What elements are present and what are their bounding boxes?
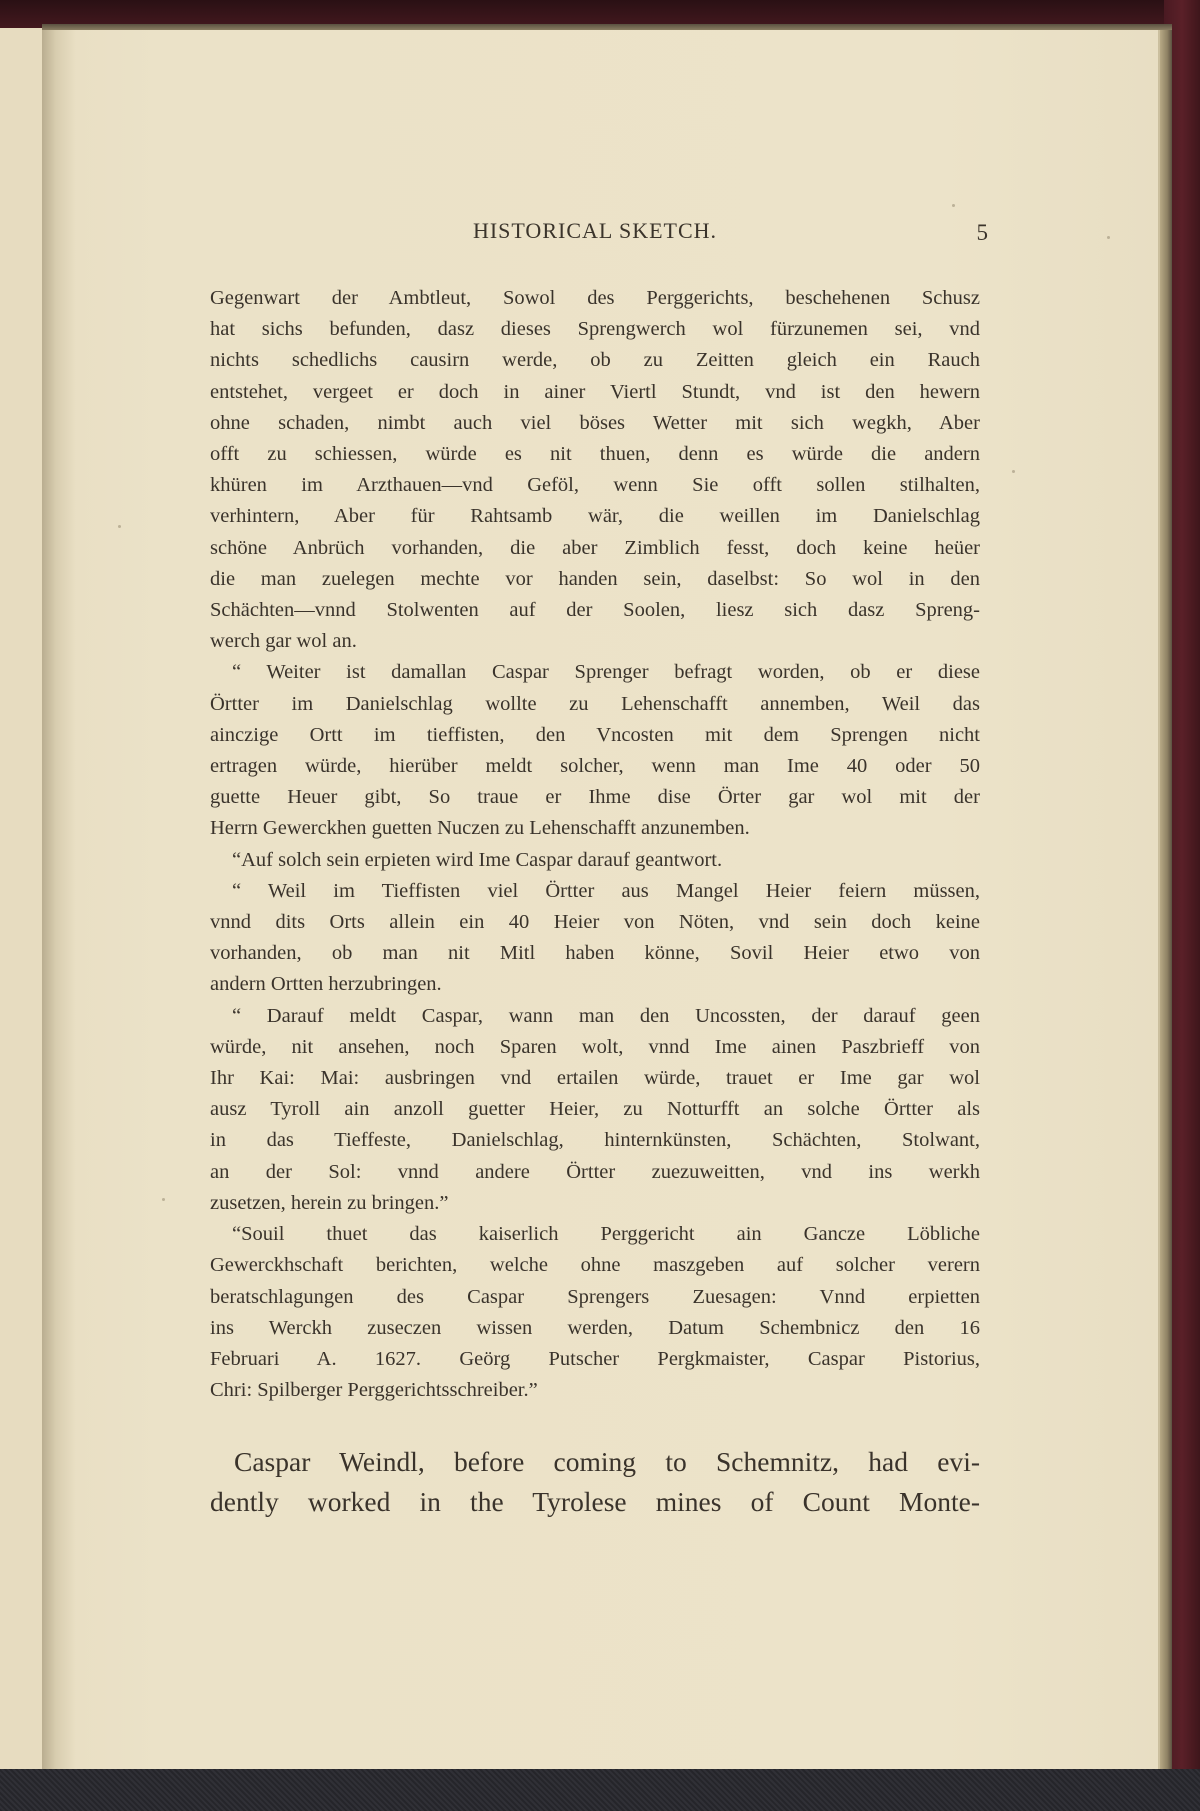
paper-speck: [162, 1198, 165, 1201]
running-head-title: HISTORICAL SKETCH.: [210, 218, 980, 244]
quoted-document: Gegenwart der Ambtleut, Sowol des Pergge…: [210, 283, 980, 1406]
cloth-backdrop: [0, 1769, 1200, 1811]
text-line: in das Tieffeste, Danielschlag, hinternk…: [210, 1125, 980, 1156]
text-line: hat sichs befunden, dasz dieses Sprengwe…: [210, 314, 980, 345]
text-line: Örtter im Danielschlag wollte zu Lehensc…: [210, 689, 980, 720]
text-line: andern Ortten herzubringen.: [210, 969, 980, 1000]
text-line: vnnd dits Orts allein ein 40 Heier von N…: [210, 907, 980, 938]
text-line: werch gar wol an.: [210, 626, 980, 657]
quote-paragraph: “Souil thuet das kaiserlich Perggericht …: [210, 1219, 980, 1406]
text-line: ainczige Ortt im tieffisten, den Vncoste…: [210, 720, 980, 751]
text-line: nichts schedlichs causirn werde, ob zu Z…: [210, 345, 980, 376]
page-stack-edge-right: [1160, 30, 1172, 1772]
text-line: ausz Tyroll ain anzoll guetter Heier, zu…: [210, 1094, 980, 1125]
quote-paragraph: “ Weiter ist damallan Caspar Sprenger be…: [210, 657, 980, 844]
text-line: Gewerckhschaft berichten, welche ohne ma…: [210, 1250, 980, 1281]
text-line: Ihr Kai: Mai: ausbringen vnd ertailen wü…: [210, 1063, 980, 1094]
text-line: Chri: Spilberger Perggerichtsschreiber.”: [210, 1375, 980, 1406]
page-number: 5: [977, 220, 989, 246]
paper-speck: [952, 204, 955, 207]
quote-paragraph: “ Weil im Tieffisten viel Örtter aus Man…: [210, 876, 980, 1001]
text-line: Schächten—vnnd Stolwenten auf der Soolen…: [210, 595, 980, 626]
text-line: dently worked in the Tyrolese mines of C…: [210, 1482, 980, 1522]
text-line: zusetzen, herein zu bringen.”: [210, 1188, 980, 1219]
body-paragraph: Caspar Weindl, before coming to Schemnit…: [210, 1442, 980, 1522]
paper-speck: [1107, 236, 1110, 239]
paper-speck: [1012, 470, 1015, 473]
text-line: khüren im Arzthauen—vnd Geföl, wenn Sie …: [210, 470, 980, 501]
text-line: ertragen würde, hierüber meldt solcher, …: [210, 751, 980, 782]
text-line: Herrn Gewerckhen guetten Nuczen zu Lehen…: [210, 813, 980, 844]
text-line: würde, nit ansehen, noch Sparen wolt, vn…: [210, 1032, 980, 1063]
text-line: Caspar Weindl, before coming to Schemnit…: [210, 1442, 980, 1482]
text-line: guette Heuer gibt, So traue er Ihme dise…: [210, 782, 980, 813]
text-line: Februari A. 1627. Geörg Putscher Pergkma…: [210, 1344, 980, 1375]
text-line: “ Weiter ist damallan Caspar Sprenger be…: [210, 657, 980, 688]
paper-speck: [118, 525, 121, 528]
text-line: beratschlagungen des Caspar Sprengers Zu…: [210, 1282, 980, 1313]
text-line: schöne Anbrüch vorhanden, die aber Zimbl…: [210, 533, 980, 564]
text-line: verhintern, Aber für Rahtsamb wär, die w…: [210, 501, 980, 532]
text-line: an der Sol: vnnd andere Örtter zuezuweit…: [210, 1157, 980, 1188]
running-head: HISTORICAL SKETCH. 5: [210, 218, 980, 258]
text-line: “Souil thuet das kaiserlich Perggericht …: [210, 1219, 980, 1250]
quote-paragraph: “Auf solch sein erpieten wird Ime Caspar…: [210, 845, 980, 876]
text-line: vorhanden, ob man nit Mitl haben könne, …: [210, 938, 980, 969]
facing-page-edge: [0, 28, 43, 1780]
text-line: Gegenwart der Ambtleut, Sowol des Pergge…: [210, 283, 980, 314]
text-line: ins Werckh zuseczen wissen werden, Datum…: [210, 1313, 980, 1344]
quote-paragraph: “ Darauf meldt Caspar, wann man den Unco…: [210, 1001, 980, 1219]
text-line: die man zuelegen mechte vor handen sein,…: [210, 564, 980, 595]
page-text-block: HISTORICAL SKETCH. 5 Gegenwart der Ambtl…: [210, 218, 980, 1522]
text-line: entstehet, vergeet er doch in ainer Vier…: [210, 377, 980, 408]
text-line: “ Weil im Tieffisten viel Örtter aus Man…: [210, 876, 980, 907]
text-line: ohne schaden, nimbt auch viel böses Wett…: [210, 408, 980, 439]
text-line: offt zu schiessen, würde es nit thuen, d…: [210, 439, 980, 470]
text-line: “ Darauf meldt Caspar, wann man den Unco…: [210, 1001, 980, 1032]
text-line: “Auf solch sein erpieten wird Ime Caspar…: [210, 845, 980, 876]
quote-paragraph: Gegenwart der Ambtleut, Sowol des Pergge…: [210, 283, 980, 657]
